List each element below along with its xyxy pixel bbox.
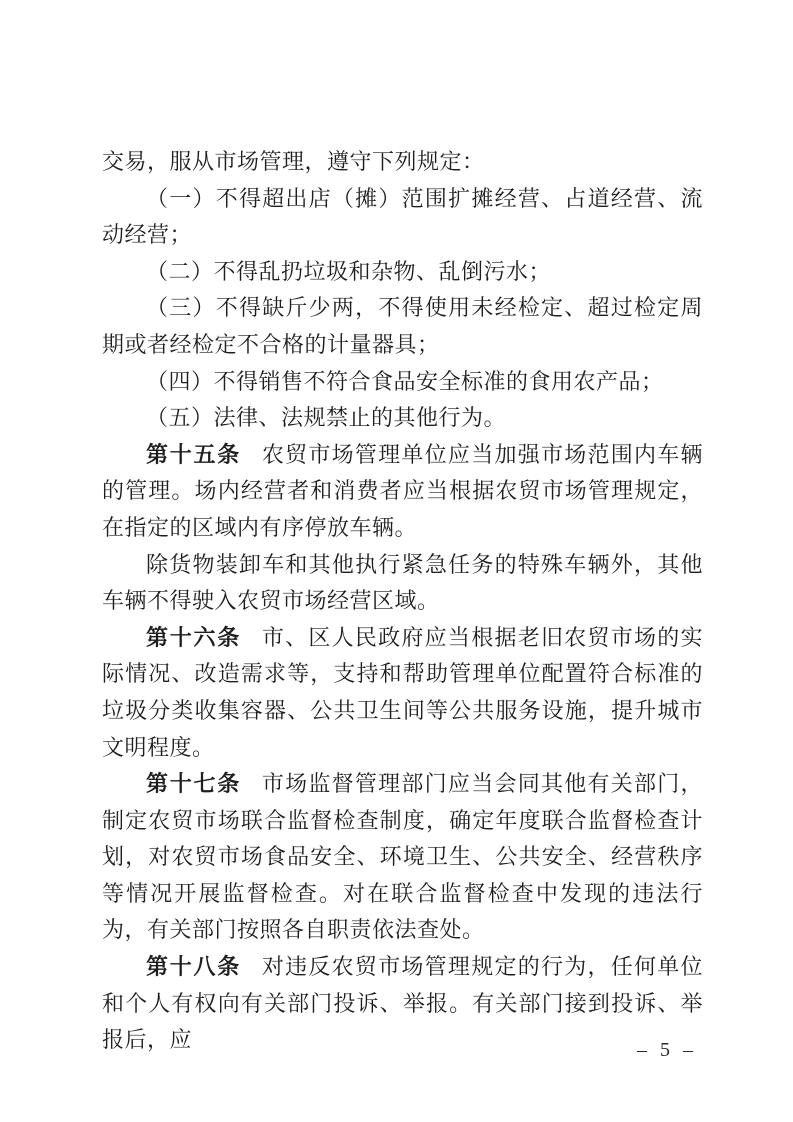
paragraph: （一）不得超出店（摊）范围扩摊经营、占道经营、流动经营； xyxy=(102,181,703,254)
paragraph-text: 市场监督管理部门应当会同其他有关部门，制定农贸市场联合监督检查制度，确定年度联合… xyxy=(102,771,703,942)
article-paragraph: 第十六条市、区人民政府应当根据老旧农贸市场的实际情况、改造需求等，支持和帮助管理… xyxy=(102,620,703,766)
document-page: 交易，服从市场管理，遵守下列规定：（一）不得超出店（摊）范围扩摊经营、占道经营、… xyxy=(0,0,793,1122)
document-body: 交易，服从市场管理，遵守下列规定：（一）不得超出店（摊）范围扩摊经营、占道经营、… xyxy=(102,144,703,1059)
article-paragraph: 第十五条农贸市场管理单位应当加强市场范围内车辆的管理。场内经营者和消费者应当根据… xyxy=(102,437,703,547)
paragraph-text: 交易，服从市场管理，遵守下列规定： xyxy=(102,149,485,174)
paragraph: 除货物装卸车和其他执行紧急任务的特殊车辆外，其他车辆不得驶入农贸市场经营区域。 xyxy=(102,547,703,620)
article-paragraph: 第十七条市场监督管理部门应当会同其他有关部门，制定农贸市场联合监督检查制度，确定… xyxy=(102,766,703,949)
paragraph-text: （五）法律、法规禁止的其他行为。 xyxy=(146,405,506,430)
paragraph-text: （一）不得超出店（摊）范围扩摊经营、占道经营、流动经营； xyxy=(102,186,703,248)
paragraph-text: （四）不得销售不符合食品安全标准的食用农产品； xyxy=(146,369,664,394)
article-number: 第十六条 xyxy=(146,625,241,650)
paragraph: （四）不得销售不符合食品安全标准的食用农产品； xyxy=(102,364,703,401)
article-paragraph: 第十八条对违反农贸市场管理规定的行为，任何单位和个人有权向有关部门投诉、举报。有… xyxy=(102,949,703,1059)
article-number: 第十七条 xyxy=(146,771,241,796)
article-number: 第十五条 xyxy=(146,442,241,467)
article-number: 第十八条 xyxy=(146,954,241,979)
paragraph: （三）不得缺斤少两，不得使用未经检定、超过检定周期或者经检定不合格的计量器具； xyxy=(102,290,703,363)
paragraph: 交易，服从市场管理，遵守下列规定： xyxy=(102,144,703,181)
paragraph: （二）不得乱扔垃圾和杂物、乱倒污水； xyxy=(102,254,703,291)
paragraph: （五）法律、法规禁止的其他行为。 xyxy=(102,400,703,437)
page-number: – 5 – xyxy=(637,1040,697,1060)
paragraph-text: （二）不得乱扔垃圾和杂物、乱倒污水； xyxy=(146,259,551,284)
paragraph-text: （三）不得缺斤少两，不得使用未经检定、超过检定周期或者经检定不合格的计量器具； xyxy=(102,295,703,357)
paragraph-text: 除货物装卸车和其他执行紧急任务的特殊车辆外，其他车辆不得驶入农贸市场经营区域。 xyxy=(102,552,703,614)
